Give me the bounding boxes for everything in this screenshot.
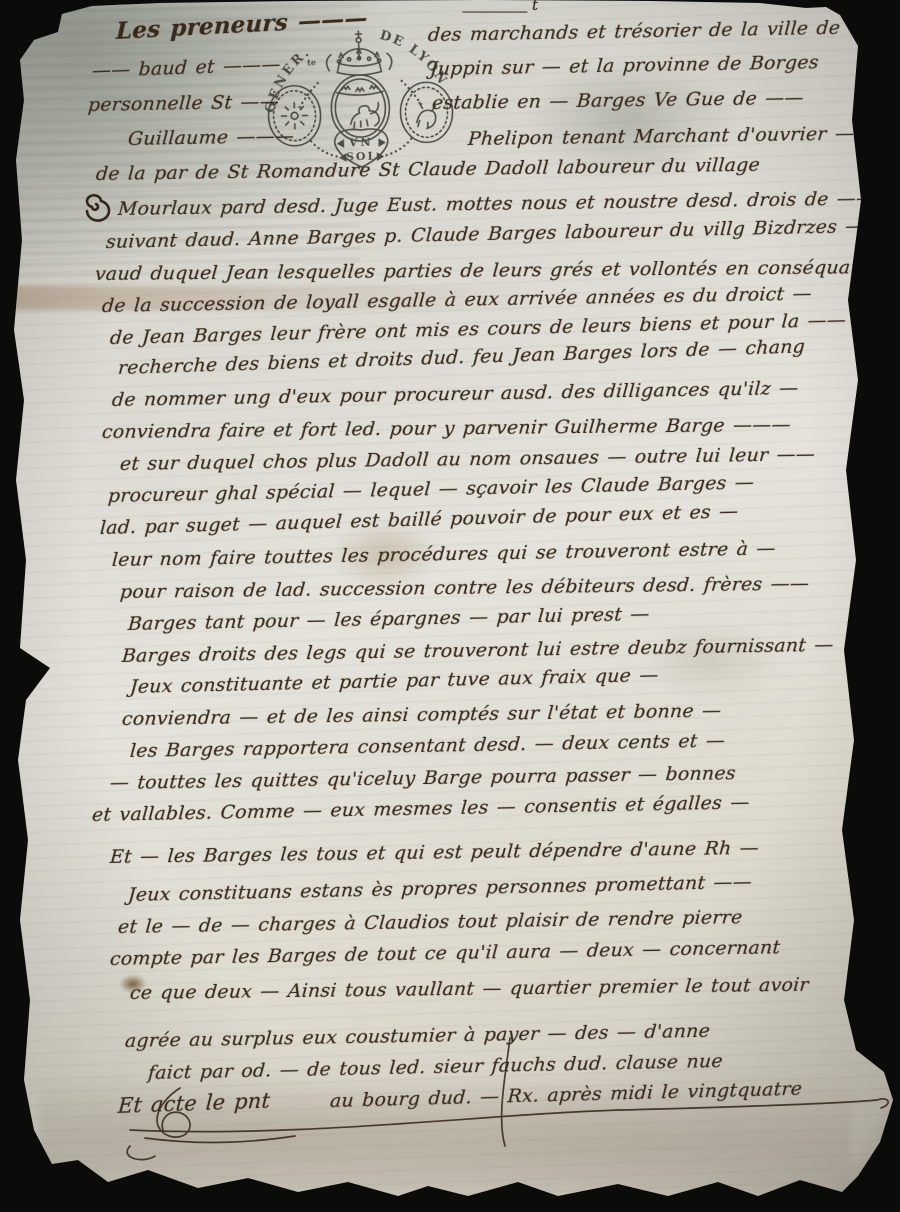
manuscript-line: Phelipon tenant Marchant d'ouvrier —— [467, 122, 874, 150]
manuscript-line: les Barges rapportera consentant desd. —… [129, 730, 726, 762]
manuscript-line: establie en — Barges Ve Gue de —— [431, 87, 804, 114]
manuscript-line: suivant daud. Anne Barges p. Claude Barg… [105, 215, 865, 253]
top-letter-mark: t [532, 0, 538, 14]
manuscript-line: Mourlaux pard desd. Juge Eust. mottes no… [117, 187, 876, 220]
manuscript-line: compte par les Barges de tout ce qu'il a… [109, 936, 781, 970]
manuscript-line: Guillaume ——— [127, 125, 295, 150]
manuscript-line: de nommer ung d'eux pour procureur ausd.… [111, 377, 799, 411]
manuscript-line: conviendra faire et fort led. pour y par… [101, 414, 791, 443]
stamp-abbrev-text: te [307, 57, 316, 67]
manuscript-line: des marchands et trésorier de la ville d… [427, 16, 887, 46]
notary-flourish-icon [55, 1010, 900, 1170]
manuscript-line: vaud duquel Jean lesquelles parties de l… [94, 256, 886, 285]
manuscript-line: — touttes les quittes qu'iceluy Barge po… [109, 762, 736, 794]
manuscript-line: pour raison de lad. succession contre le… [119, 573, 810, 603]
manuscript-line: Juppin sur — et la provinne de Borges [429, 51, 819, 80]
top-dash-mark: ————— [462, 4, 527, 20]
photo-background: GENER. DE LYON te VN SOL ————— t Les pre… [0, 0, 900, 1212]
manuscript-line: de la par de St Romandure St Claude Dado… [95, 154, 761, 185]
stain-blotch [640, 620, 780, 700]
manuscript-line: et vallables. Comme — eux mesmes les — c… [91, 791, 750, 826]
manuscript-line: conviendra — et de les ainsi comptés sur… [121, 700, 722, 730]
manuscript-page: GENER. DE LYON te VN SOL ————— t Les pre… [0, 0, 900, 1212]
manuscript-line: Et — les Barges les tous et qui est peul… [109, 837, 760, 868]
paragraph-mark-spiral-icon [76, 188, 112, 222]
manuscript-line: Barges tant pour — les épargnes — par lu… [127, 603, 650, 635]
manuscript-line: lad. par suget — auquel est baillé pouvo… [99, 500, 739, 539]
manuscript-line: Barges droits des legs qui se trouveront… [121, 634, 834, 667]
manuscript-line: Jeux constituante et partie par tuve aux… [129, 664, 659, 698]
manuscript-line: leur nom faire touttes les procédures qu… [111, 537, 776, 571]
manuscript-line: —— baud et ——— [91, 53, 281, 82]
manuscript-line: personnelle St —— [87, 91, 279, 116]
manuscript-line: ce que deux — Ainsi tous vaullant — quar… [129, 974, 809, 1004]
manuscript-line: et sur duquel chos plus Dadoll au nom on… [119, 443, 816, 475]
manuscript-line: et le — de — charges à Claudios tout pla… [117, 906, 743, 938]
manuscript-line: Jeux constituans estans ès propres perso… [127, 871, 752, 906]
stamp-banner-top-text: VN [348, 136, 374, 150]
